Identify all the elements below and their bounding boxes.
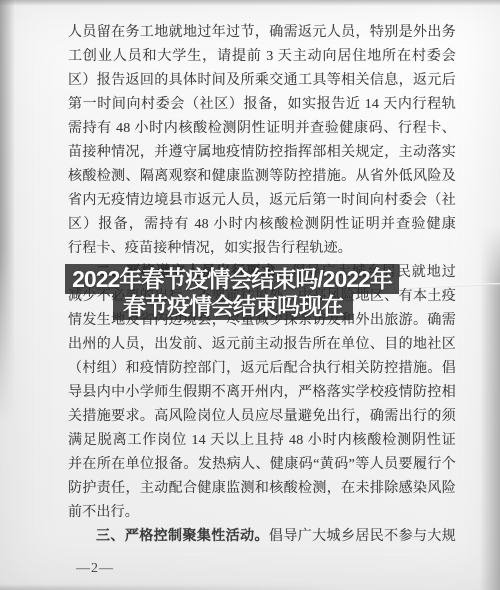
text-line: 行程卡、疫苗接种情况，如实报告行程轨迹。 xyxy=(68,237,456,261)
text-line: 第一时间向村委会（社区）报备，如实报告近 14 天内行程轨迹， xyxy=(68,93,456,117)
overlay-title-line1: 2022年春节疫情会结束吗/2022年 xyxy=(72,266,392,292)
text-line: 并在所在单位报备。发热病人、健康码“黄码”等人员要履行个人 xyxy=(68,453,456,477)
text-line: 三、严格控制聚集性活动。倡导广大城乡居民不参与大规 xyxy=(68,525,456,549)
text-line: 防护责任，主动配合健康监测和核酸检测，在未排除感染风险 xyxy=(68,477,456,501)
overlay-title-bar-1: 2022年春节疫情会结束吗/2022年 xyxy=(65,264,399,294)
text-line: 核酸检测、隔离观察和健康监测等防控措施。从省外低风险及 xyxy=(68,165,456,189)
text-line: 需持有 48 小时内核酸检测阴性证明并查验健康码、行程卡、疫 xyxy=(68,117,456,141)
text-line: 省内无疫情边境县市返元人员，返元后第一时间向村委会（社 xyxy=(68,189,456,213)
text-line: 人员留在务工地就地过年过节，确需返元人员，特别是外出务 xyxy=(68,21,456,45)
text-line: 前不出行。 xyxy=(68,501,456,525)
scan-shadow-top xyxy=(0,0,500,6)
page-number: —2— xyxy=(76,561,114,577)
text-line: 苗接种情况，并遵守属地疫情防控指挥部相关规定，主动落实 xyxy=(68,141,456,165)
text-line: 出州的人员，出发前、返元前主动报告所在单位、目的地社区 xyxy=(68,333,456,357)
scanned-document-page: 人员留在务工地就地过年过节，确需返元人员，特别是外出务工创业人员和大学生，请提前… xyxy=(0,0,500,590)
scan-shadow-left xyxy=(0,0,15,590)
text-line: 工创业人员和大学生，请提前 3 天主动向居住地所在村委会（社 xyxy=(68,45,456,69)
text-line: （村组）和疫情防控部门，返元后配合执行相关防控措施。倡 xyxy=(68,357,456,381)
text-line: 关措施要求。高风险岗位人员应尽量避免出行，确需出行的须 xyxy=(68,405,456,429)
overlay-title-line2: 春节疫情会结束吗现在 xyxy=(123,293,343,319)
text-line: 区）报备，需持有 48 小时内核酸检测阴性证明并查验健康码、 xyxy=(68,213,456,237)
text-line: 导县内中小学师生假期不离开州内，严格落实学校疫情防控相 xyxy=(68,381,456,405)
scan-shadow-right xyxy=(480,225,500,590)
overlay-title-bar-2: 春节疫情会结束吗现在 xyxy=(113,294,353,320)
text-line: 满足脱离工作岗位 14 天以上且持 48 小时内核酸检测阴性证明， xyxy=(68,429,456,453)
scan-shadow-bottom xyxy=(0,584,500,590)
text-line: 区）报告返回的具体时间及所乘交通工具等相关信息，返元后 xyxy=(68,69,456,93)
